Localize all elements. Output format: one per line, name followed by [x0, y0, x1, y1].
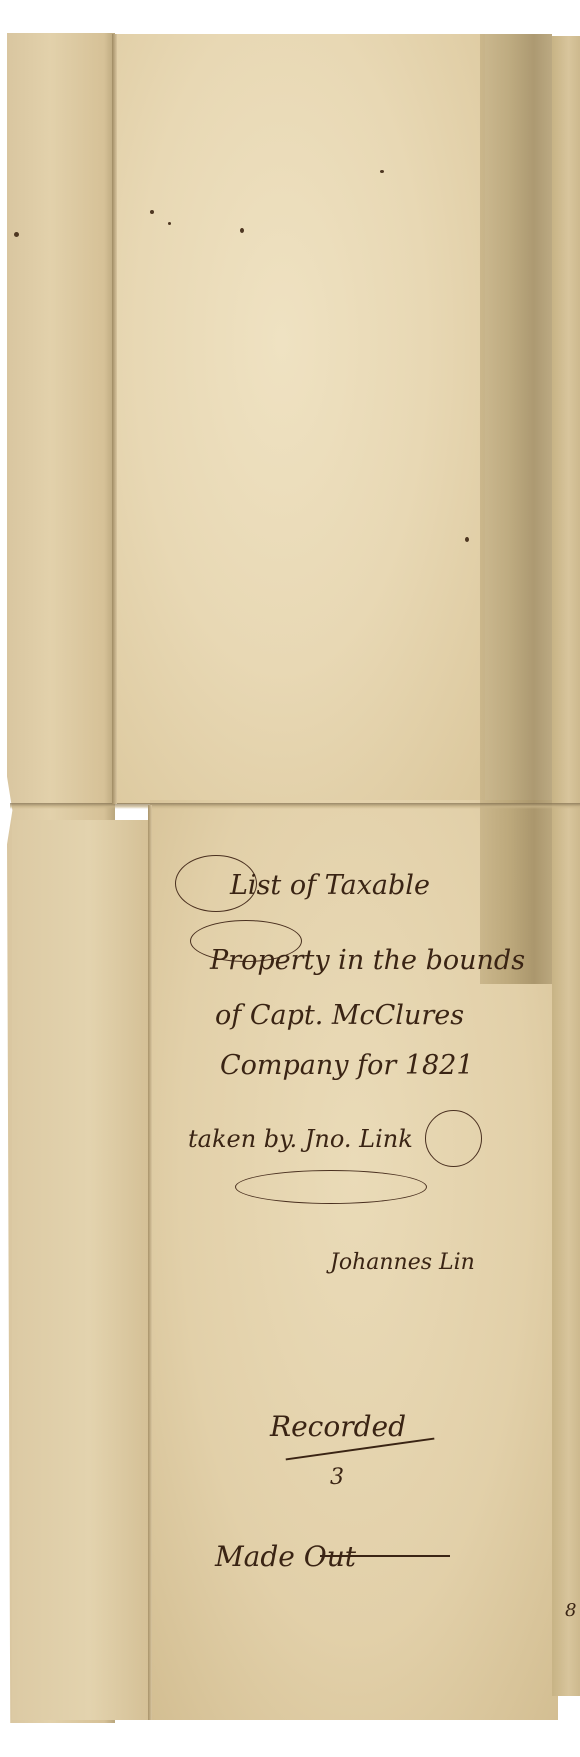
title-line-1: List of Taxable [230, 870, 430, 901]
title-line-4: Company for 1821 [220, 1050, 474, 1081]
taken-by-signature: taken by. Jno. Link [188, 1125, 413, 1153]
paper-fold-left-lower [12, 820, 167, 1720]
vertical-fold-crease-lower [148, 805, 152, 1720]
ink-spot [14, 232, 19, 237]
ink-spot [150, 210, 154, 214]
title-line-2: Property in the bounds [210, 945, 525, 976]
recorded-note: Recorded [270, 1410, 406, 1443]
ink-spot [380, 170, 384, 173]
made-out-note: Made Out [215, 1540, 356, 1573]
signature-flourish [235, 1170, 427, 1204]
flourish-link [425, 1110, 482, 1167]
made-out-strike [320, 1555, 450, 1557]
paper-panel-upper [115, 34, 485, 804]
paper-fold-right [552, 36, 580, 1696]
title-line-3: of Capt. McClures [215, 1000, 464, 1031]
second-signature: Johannes Lin [330, 1250, 475, 1275]
vertical-fold-crease-upper [112, 34, 117, 804]
ink-spot [168, 222, 171, 225]
ink-spot [465, 537, 469, 542]
horizontal-fold-crease [10, 803, 580, 809]
number-mark: 3 [330, 1465, 344, 1490]
stained-tape-strip [480, 34, 552, 984]
ink-spot [240, 228, 244, 233]
margin-mark: 8 [565, 1600, 576, 1621]
